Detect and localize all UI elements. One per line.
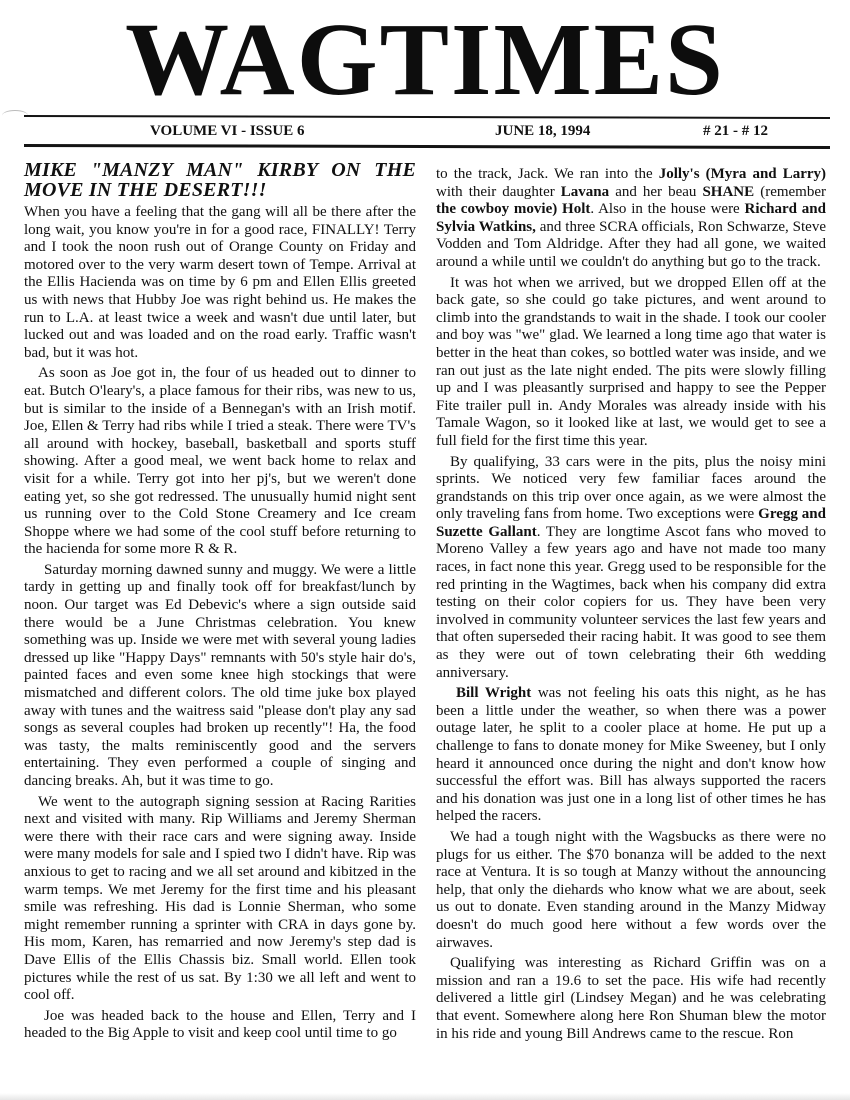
article-paragraph: Joe was headed back to the house and Ell… <box>24 1008 416 1043</box>
bold-name-text: Jolly's (Myra and Larry) <box>659 166 826 182</box>
bold-name-text: Lavana <box>561 184 609 200</box>
issue-info-bar: VOLUME VI - ISSUE 6 JUNE 18, 1994 # 21 -… <box>0 123 850 143</box>
body-text: . They are longtime Ascot fans who moved… <box>436 524 826 681</box>
article-paragraph: By qualifying, 33 cars were in the pits,… <box>436 454 826 683</box>
body-text: Qualifying was interesting as Richard Gr… <box>436 955 826 1041</box>
body-text: (remember <box>754 184 826 200</box>
bold-name-text: Bill Wright <box>456 685 531 701</box>
body-text: with their daughter <box>436 184 561 200</box>
body-text: . Also in the house were <box>590 201 744 217</box>
body-text: to the track, Jack. We ran into the <box>436 166 659 182</box>
issue-date: JUNE 18, 1994 <box>495 123 590 140</box>
body-text: and her beau <box>609 184 702 200</box>
masthead-rule-bottom <box>24 144 830 149</box>
issue-number: # 21 - # 12 <box>703 123 768 140</box>
article-paragraph: We had a tough night with the Wagsbucks … <box>436 829 826 952</box>
article-paragraph: As soon as Joe got in, the four of us he… <box>24 365 416 559</box>
masthead-title: WAGTIMES <box>0 8 850 112</box>
article-paragraph: Bill Wright was not feeling his oats thi… <box>436 685 826 826</box>
article-left-column: MIKE "MANZY MAN" KIRBY ON THE MOVE IN TH… <box>24 160 416 1043</box>
page-bottom-edge <box>0 1093 850 1100</box>
issue-volume: VOLUME VI - ISSUE 6 <box>150 123 304 140</box>
article-paragraph: to the track, Jack. We ran into the Joll… <box>436 166 826 272</box>
body-text: It was hot when we arrived, but we dropp… <box>436 275 826 449</box>
article-headline: MIKE "MANZY MAN" KIRBY ON THE MOVE IN TH… <box>24 160 416 200</box>
article-paragraph: When you have a feeling that the gang wi… <box>24 204 416 362</box>
article-right-column: to the track, Jack. We ran into the Joll… <box>436 166 826 1043</box>
bold-name-text: the cowboy movie) Holt <box>436 201 590 217</box>
body-text: We had a tough night with the Wagsbucks … <box>436 829 826 951</box>
body-text: was not feeling his oats this night, as … <box>436 685 826 824</box>
article-paragraph: We went to the autograph signing session… <box>24 794 416 1005</box>
bold-name-text: SHANE <box>702 184 754 200</box>
article-paragraph: Qualifying was interesting as Richard Gr… <box>436 955 826 1043</box>
article-paragraph: It was hot when we arrived, but we dropp… <box>436 275 826 451</box>
article-paragraph: Saturday morning dawned sunny and muggy.… <box>24 562 416 791</box>
